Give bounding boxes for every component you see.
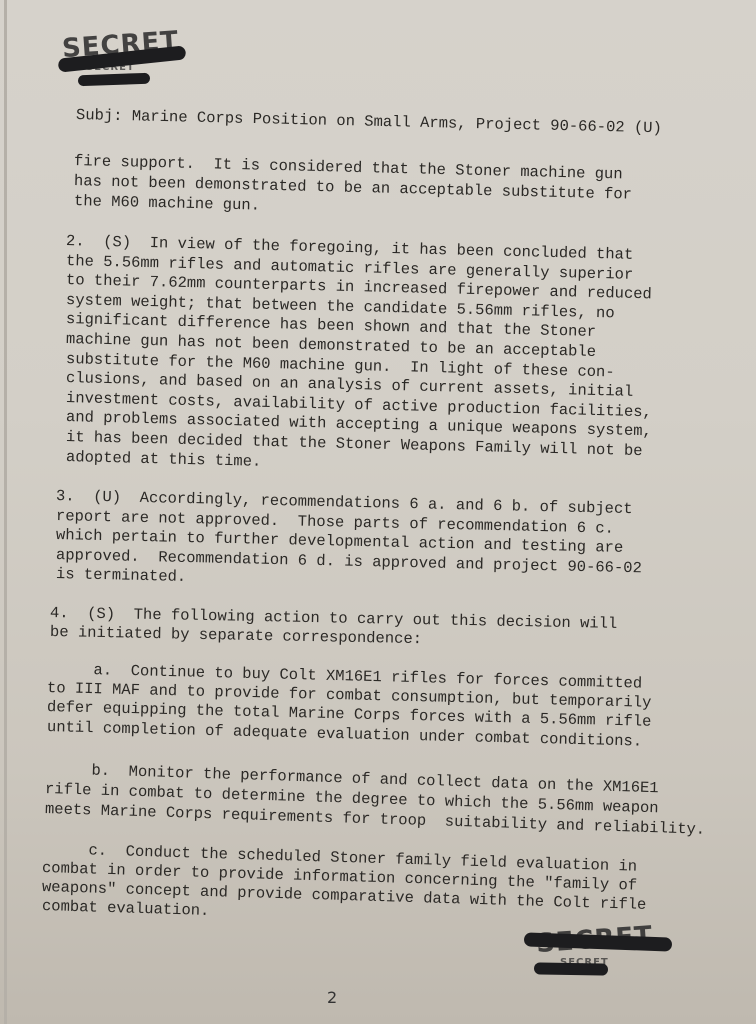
redaction-strike: [534, 962, 608, 975]
redaction-strike: [78, 73, 150, 87]
paragraph-line: adopted at this time.: [66, 448, 262, 471]
subject-line: Subj: Marine Corps Position on Small Arm…: [76, 106, 662, 137]
paragraph-line: the M60 machine gun.: [74, 192, 260, 215]
document-page: SECRET SECRET Subj: Marine Corps Positio…: [0, 0, 756, 1024]
paragraph-line: combat evaluation.: [42, 897, 210, 920]
page-number: 2: [327, 988, 337, 1007]
page-edge: [4, 0, 7, 1024]
paragraph-line: is terminated.: [56, 565, 187, 586]
